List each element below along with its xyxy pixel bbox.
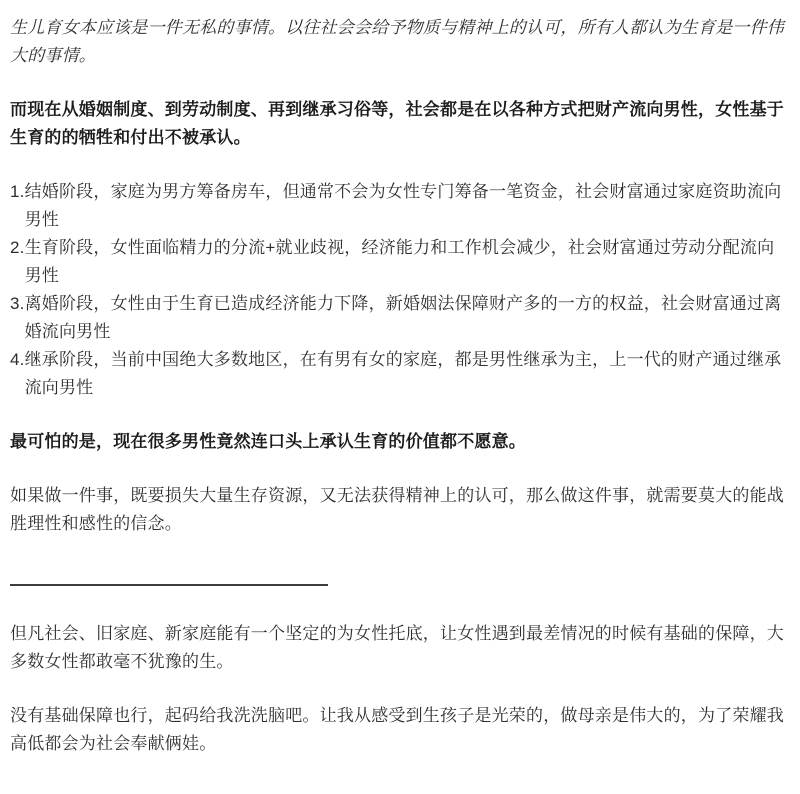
worst-paragraph: 最可怕的是，现在很多男性竟然连口头上承认生育的价值都不愿意。 [10, 428, 784, 456]
brainwash-paragraph: 没有基础保障也行，起码给我洗洗脑吧。让我从感受到生孩子是光荣的，做母亲是伟大的，… [10, 702, 784, 758]
intro-paragraph: 生儿育女本应该是一件无私的事情。以往社会会给予物质与精神上的认可，所有人都认为生… [10, 14, 784, 70]
list-item-divorce: 3. 离婚阶段，女性由于生育已造成经济能力下降，新婚姻法保障财产多的一方的权益，… [10, 290, 784, 346]
list-item-birth: 2. 生育阶段，女性面临精力的分流+就业歧视，经济能力和工作机会减少，社会财富通… [10, 234, 784, 290]
list-item-number: 4. [10, 346, 25, 374]
section-divider [10, 584, 328, 586]
list-item-text: 离婚阶段，女性由于生育已造成经济能力下降，新婚姻法保障财产多的一方的权益，社会财… [25, 290, 784, 346]
support-paragraph: 但凡社会、旧家庭、新家庭能有一个坚定的为女性托底，让女性遇到最差情况的时候有基础… [10, 620, 784, 676]
list-item-number: 3. [10, 290, 25, 318]
list-item-number: 2. [10, 234, 25, 262]
list-item-inheritance: 4. 继承阶段，当前中国绝大多数地区，在有男有女的家庭，都是男性继承为主，上一代… [10, 346, 784, 402]
list-item-text: 继承阶段，当前中国绝大多数地区，在有男有女的家庭，都是男性继承为主，上一代的财产… [25, 346, 784, 402]
belief-paragraph: 如果做一件事，既要损失大量生存资源，又无法获得精神上的认可，那么做这件事，就需要… [10, 482, 784, 538]
thesis-paragraph: 而现在从婚姻制度、到劳动制度、再到继承习俗等，社会都是在以各种方式把财产流向男性… [10, 96, 784, 152]
list-item-marriage: 1. 结婚阶段，家庭为男方筹备房车，但通常不会为女性专门筹备一笔资金，社会财富通… [10, 178, 784, 234]
stages-list: 1. 结婚阶段，家庭为男方筹备房车，但通常不会为女性专门筹备一笔资金，社会财富通… [10, 178, 784, 402]
list-item-number: 1. [10, 178, 25, 206]
list-item-text: 生育阶段，女性面临精力的分流+就业歧视，经济能力和工作机会减少，社会财富通过劳动… [25, 234, 784, 290]
article-body: 生儿育女本应该是一件无私的事情。以往社会会给予物质与精神上的认可，所有人都认为生… [0, 0, 800, 794]
list-item-text: 结婚阶段，家庭为男方筹备房车，但通常不会为女性专门筹备一笔资金，社会财富通过家庭… [25, 178, 784, 234]
